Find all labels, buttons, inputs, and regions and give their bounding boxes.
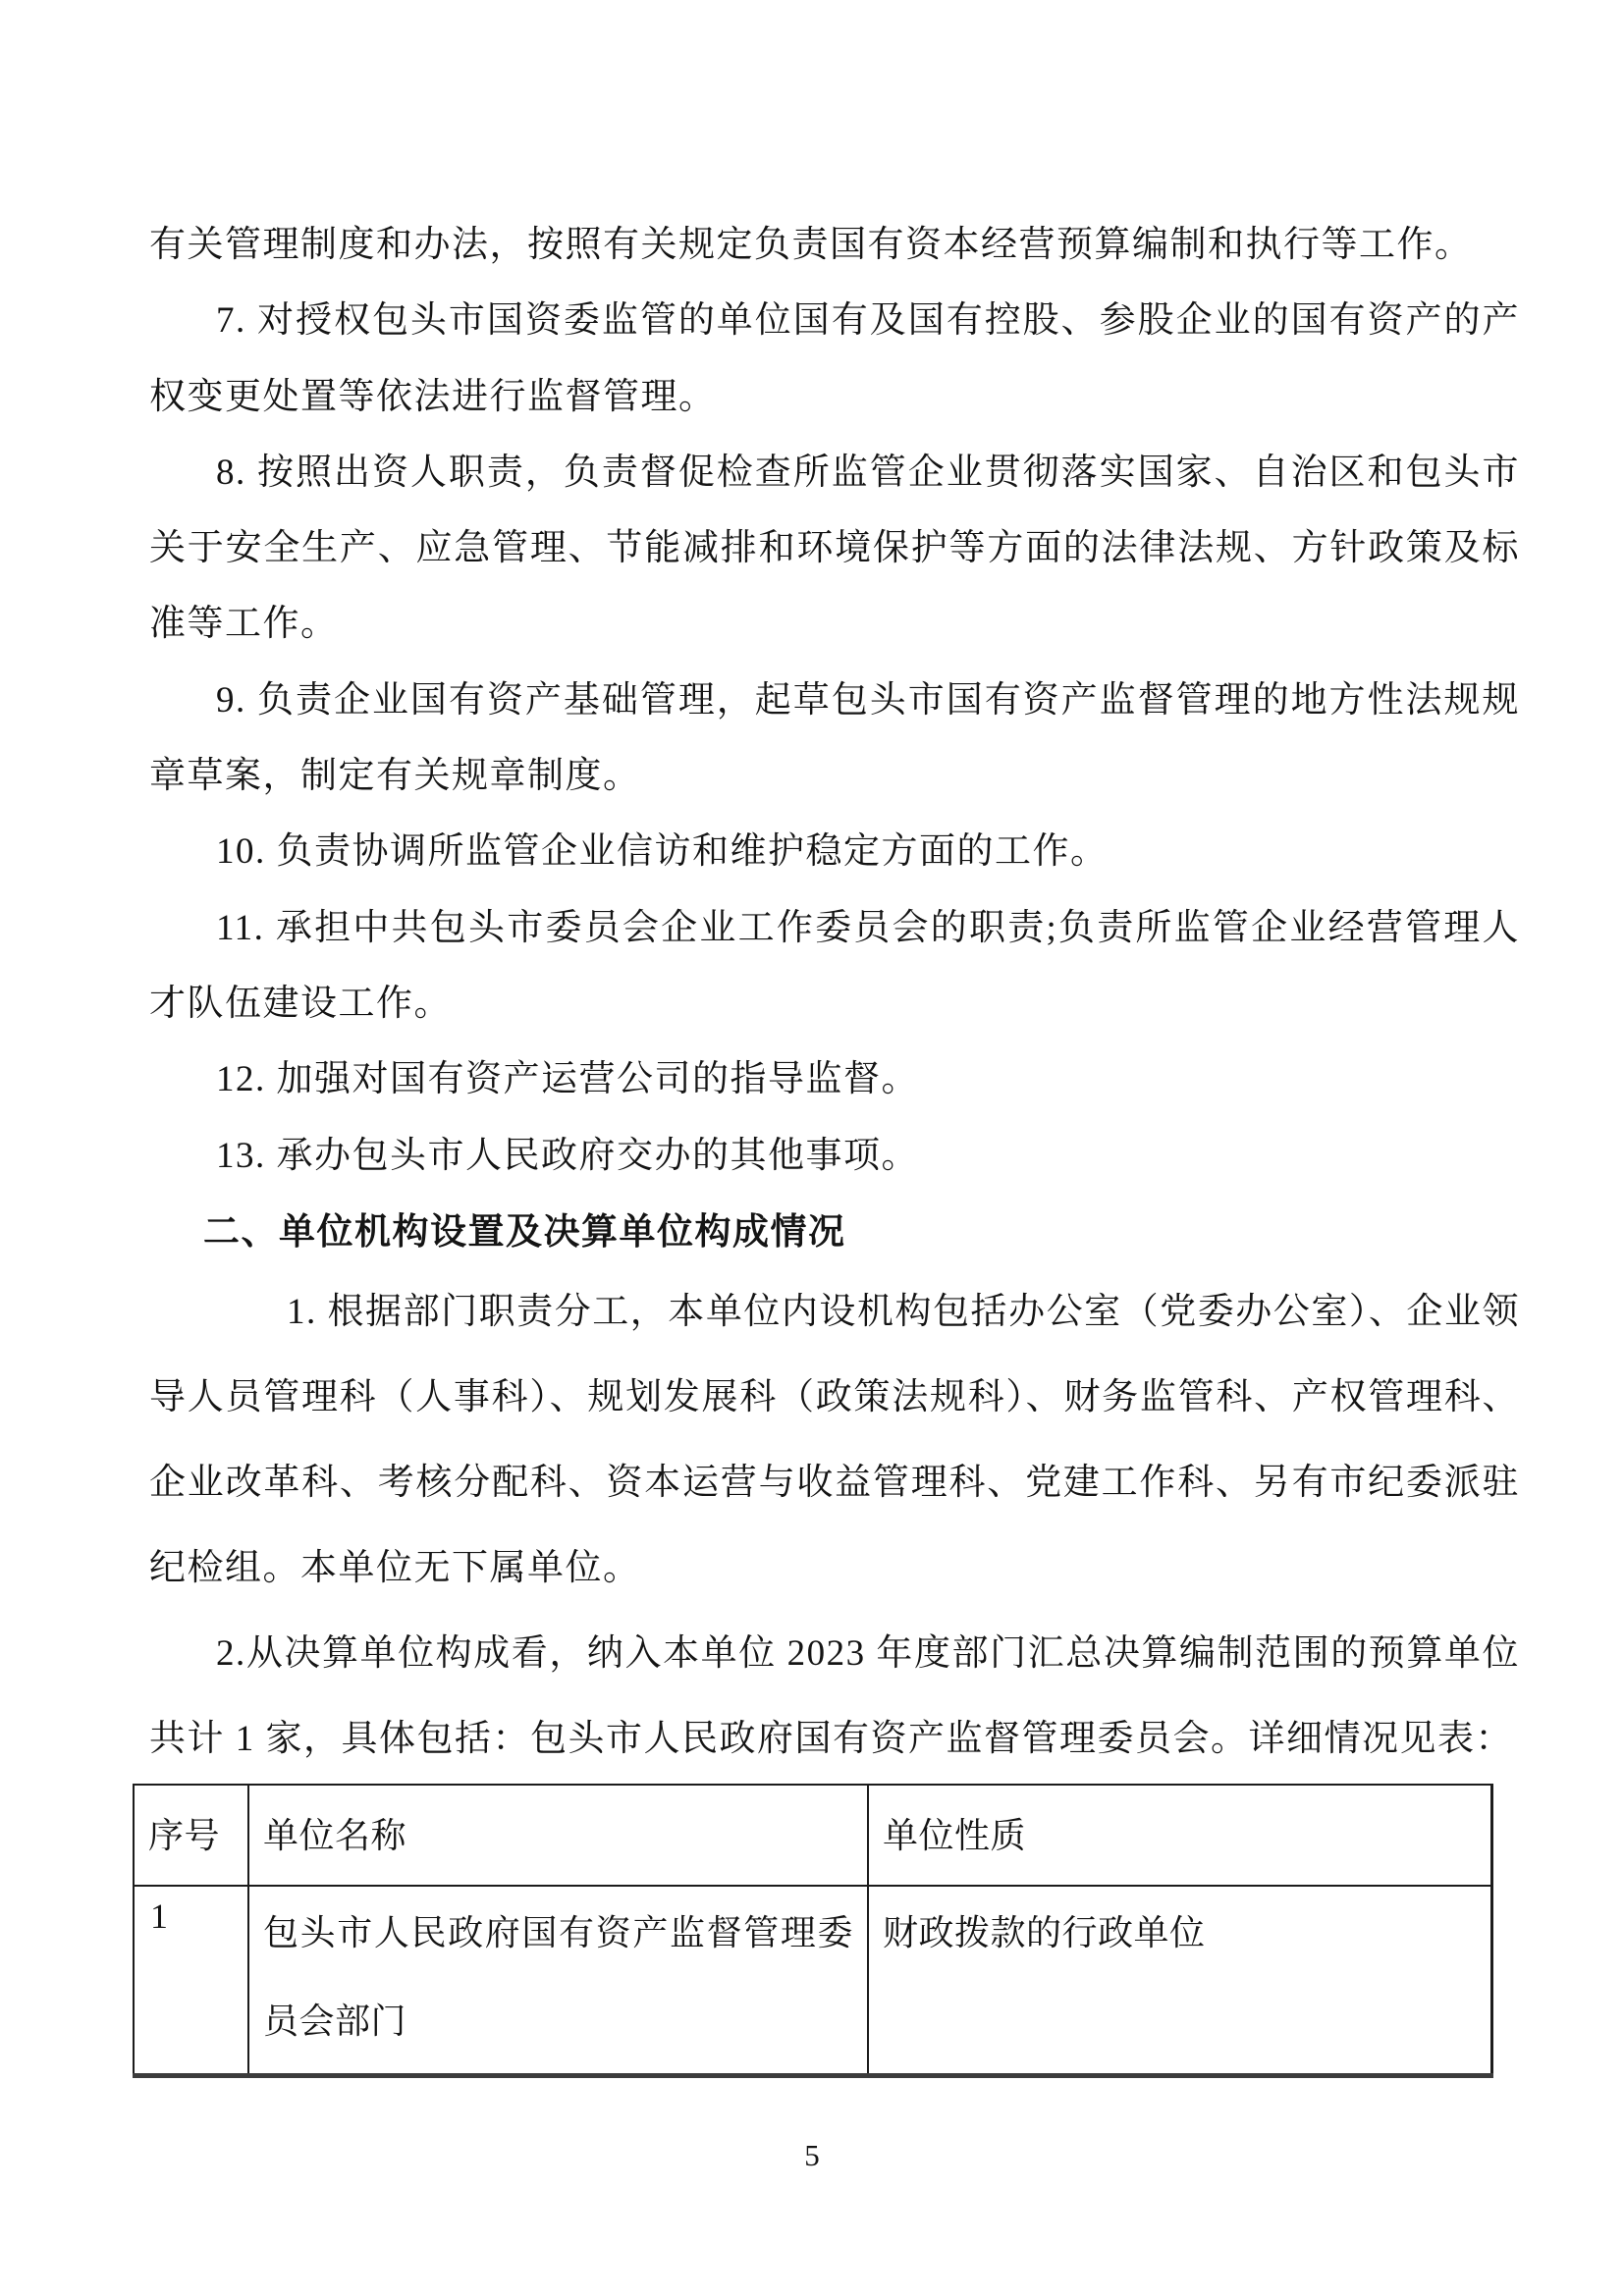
org-structure-section: 1. 根据部门职责分工，本单位内设机构包括办公室（党委办公室）、企业领导人员管理… bbox=[149, 1269, 1520, 1782]
paragraph-item-9: 9. 负责企业国有资产基础管理，起草包头市国有资产监督管理的地方性法规规章草案，… bbox=[149, 663, 1520, 815]
document-body: 有关管理制度和办法，按照有关规定负责国有资本经营预算编制和执行等工作。 7. 对… bbox=[149, 207, 1520, 1782]
page-number: 5 bbox=[0, 2136, 1624, 2175]
table-row: 1 包头市人民政府国有资产监督管理委员会部门 财政拨款的行政单位 bbox=[134, 1886, 1491, 2075]
duties-section: 有关管理制度和办法，按照有关规定负责国有资本经营预算编制和执行等工作。 7. 对… bbox=[149, 207, 1520, 1194]
paragraph-item-13: 13. 承办包头市人民政府交办的其他事项。 bbox=[149, 1118, 1520, 1194]
paragraph-continuation: 有关管理制度和办法，按照有关规定负责国有资本经营预算编制和执行等工作。 bbox=[149, 207, 1520, 283]
units-table: 序号 单位名称 单位性质 1 包头市人民政府国有资产监督管理委员会部门 财政拨款… bbox=[133, 1784, 1493, 2078]
paragraph-item-1: 1. 根据部门职责分工，本单位内设机构包括办公室（党委办公室）、企业领导人员管理… bbox=[149, 1269, 1520, 1611]
table-header-no: 序号 bbox=[134, 1785, 248, 1886]
paragraph-item-2: 2.从决算单位构成看，纳入本单位 2023 年度部门汇总决算编制范围的预算单位共… bbox=[149, 1611, 1520, 1782]
document-page: 有关管理制度和办法，按照有关规定负责国有资本经营预算编制和执行等工作。 7. 对… bbox=[0, 0, 1624, 2296]
paragraph-item-12: 12. 加强对国有资产运营公司的指导监督。 bbox=[149, 1041, 1520, 1117]
paragraph-item-7: 7. 对授权包头市国资委监管的单位国有及国有控股、参股企业的国有资产的产权变更处… bbox=[149, 283, 1520, 435]
table-cell-unit-name: 包头市人民政府国有资产监督管理委员会部门 bbox=[248, 1886, 868, 2075]
table-header-unit-name: 单位名称 bbox=[248, 1785, 868, 1886]
paragraph-item-8: 8. 按照出资人职责，负责督促检查所监管企业贯彻落实国家、自治区和包头市关于安全… bbox=[149, 435, 1520, 663]
paragraph-item-11: 11. 承担中共包头市委员会企业工作委员会的职责;负责所监管企业经营管理人才队伍… bbox=[149, 890, 1520, 1042]
section-heading: 二、单位机构设置及决算单位构成情况 bbox=[149, 1194, 1520, 1269]
table-cell-no: 1 bbox=[134, 1886, 248, 2075]
table-header-row: 序号 单位名称 单位性质 bbox=[134, 1785, 1491, 1886]
paragraph-item-10: 10. 负责协调所监管企业信访和维护稳定方面的工作。 bbox=[149, 814, 1520, 889]
table-cell-unit-type: 财政拨款的行政单位 bbox=[868, 1886, 1491, 2075]
table-header-unit-type: 单位性质 bbox=[868, 1785, 1491, 1886]
